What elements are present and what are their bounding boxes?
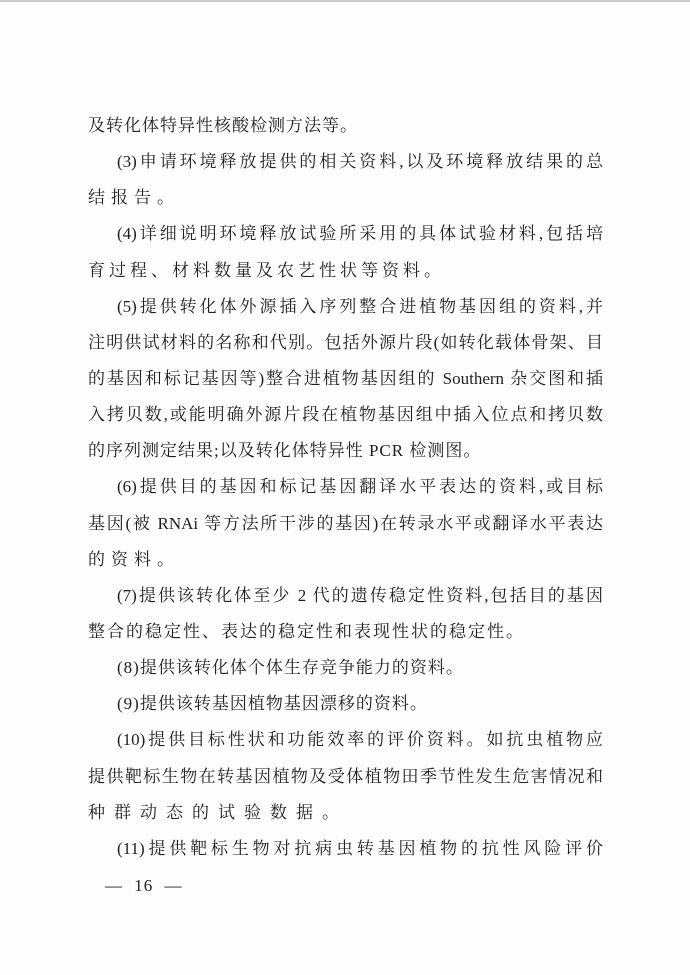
page-body-text: 及转化体特异性核酸检测方法等。 (3)申请环境释放提供的相关资料,以及环境释放结… bbox=[88, 108, 603, 867]
text-line: 结报告。 bbox=[88, 180, 603, 216]
text-line: (8)提供该转化体个体生存竞争能力的资料。 bbox=[88, 650, 603, 686]
text-line: (5)提供转化体外源插入序列整合进植物基因组的资料,并 bbox=[88, 289, 603, 325]
text-line: 基因(被 RNAi 等方法所干涉的基因)在转录水平或翻译水平表达 bbox=[88, 506, 603, 542]
document-page: 及转化体特异性核酸检测方法等。 (3)申请环境释放提供的相关资料,以及环境释放结… bbox=[0, 0, 690, 975]
text-line: 的资料。 bbox=[88, 542, 603, 578]
text-line: (10)提供目标性状和功能效率的评价资料。如抗虫植物应 bbox=[88, 722, 603, 758]
text-line: 种群动态的试验数据。 bbox=[88, 795, 603, 831]
text-line: 入拷贝数,或能明确外源片段在植物基因组中插入位点和拷贝数 bbox=[88, 397, 603, 433]
page-number: — 16 — bbox=[105, 876, 183, 896]
text-line: 及转化体特异性核酸检测方法等。 bbox=[88, 108, 603, 144]
text-line: 的序列测定结果;以及转化体特异性 PCR 检测图。 bbox=[88, 433, 603, 469]
text-line: (6)提供目的基因和标记基因翻译水平表达的资料,或目标 bbox=[88, 469, 603, 505]
text-line: (11)提供靶标生物对抗病虫转基因植物的抗性风险评价 bbox=[88, 831, 603, 867]
text-line: 的基因和标记基因等)整合进植物基因组的 Southern 杂交图和插 bbox=[88, 361, 603, 397]
text-line: (9)提供该转基因植物基因漂移的资料。 bbox=[88, 686, 603, 722]
scan-edge-line bbox=[0, 0, 690, 2]
text-line: 提供靶标生物在转基因植物及受体植物田季节性发生危害情况和 bbox=[88, 759, 603, 795]
text-line: 注明供试材料的名称和代别。包括外源片段(如转化载体骨架、目 bbox=[88, 325, 603, 361]
text-line: 整合的稳定性、表达的稳定性和表现性状的稳定性。 bbox=[88, 614, 603, 650]
text-line: (4)详细说明环境释放试验所采用的具体试验材料,包括培 bbox=[88, 216, 603, 252]
text-line: (3)申请环境释放提供的相关资料,以及环境释放结果的总 bbox=[88, 144, 603, 180]
text-line: 育过程、材料数量及农艺性状等资料。 bbox=[88, 253, 603, 289]
text-line: (7)提供该转化体至少 2 代的遗传稳定性资料,包括目的基因 bbox=[88, 578, 603, 614]
